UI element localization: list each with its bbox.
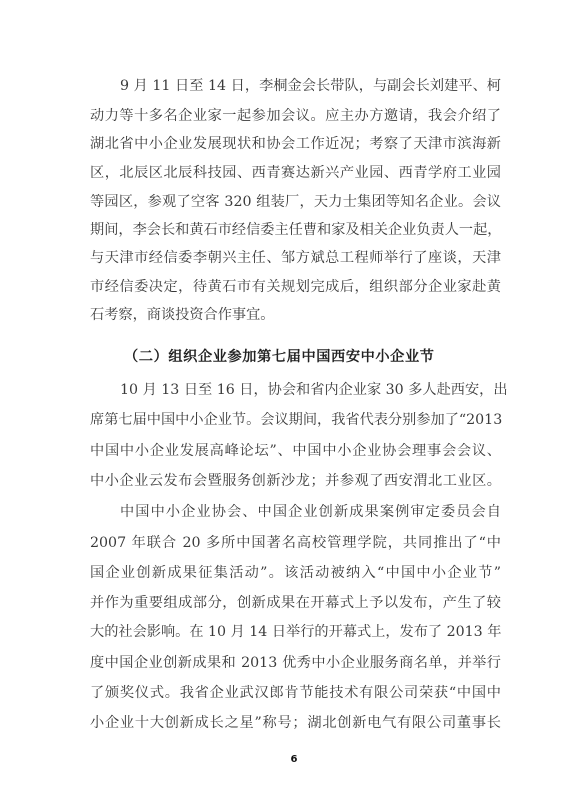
paragraph-1-line-8: 市经信委决定，待黄石市有关规划完成后，组织部分企业家赴黄 [90, 276, 501, 298]
paragraph-1-line-4: 区，北辰区北辰科技园、西青赛达新兴产业园、西青学府工业园 [90, 162, 501, 184]
paragraph-2-line-1: 10 月 13 日至 16 日，协会和省内企业家 30 多人赴西安，出 [120, 379, 501, 401]
paragraph-1-line-6: 期间，李会长和黄石市经信委主任曹和家及相关企业负责人一起， [90, 219, 501, 241]
paragraph-3-line-6: 度中国企业创新成果和 2013 优秀中小企业服务商名单，并举行 [90, 652, 501, 674]
paragraph-3-line-8: 小企业十大创新成长之星”称号；湖北创新电气有限公司董事长 [90, 712, 501, 734]
paragraph-1-line-7: 与天津市经信委李朝兴主任、邹方斌总工程师举行了座谈，天津 [90, 247, 501, 269]
section-heading: （二）组织企业参加第七届中国西安中小企业节 [124, 346, 435, 368]
paragraph-2-line-2: 席第七届中国中小企业节。会议期间，我省代表分别参加了“2013 [90, 409, 501, 431]
paragraph-2-line-3: 中国中小企业发展高峰论坛”、中国中小企业协会理事会会议、 [90, 440, 501, 462]
paragraph-3-line-4: 并作为重要组成部分，创新成果在开幕式上予以发布，产生了较 [90, 592, 501, 614]
paragraph-3-line-3: 国企业创新成果征集活动”。该活动被纳入“中国中小企业节” [90, 562, 501, 584]
document-page: 9 月 11 日至 14 日，李桐金会长带队，与副会长刘建平、柯 动力等十多名企… [0, 0, 585, 791]
paragraph-3-line-2: 2007 年联合 20 多所中国著名高校管理学院，共同推出了“中 [90, 532, 501, 554]
paragraph-3-line-5: 大的社会影响。在 10 月 14 日举行的开幕式上，发布了 2013 年 [90, 621, 501, 643]
paragraph-3-line-1: 中国中小企业协会、中国企业创新成果案例审定委员会自 [120, 501, 501, 523]
paragraph-3-line-7: 了颁奖仪式。我省企业武汉郎肯节能技术有限公司荣获“中国中 [90, 682, 501, 704]
page-number: 6 [288, 754, 300, 765]
paragraph-1-line-9: 石考察，商谈投资合作事宜。 [90, 304, 501, 326]
paragraph-1-line-1: 9 月 11 日至 14 日，李桐金会长带队，与副会长刘建平、柯 [120, 75, 501, 97]
paragraph-2-line-4: 中小企业云发布会暨服务创新沙龙；并参观了西安渭北工业区。 [90, 470, 501, 492]
paragraph-1-line-5: 等园区，参观了空客 320 组装厂，天力士集团等知名企业。会议 [90, 191, 501, 213]
paragraph-1-line-2: 动力等十多名企业家一起参加会议。应主办方邀请，我会介绍了 [90, 105, 501, 127]
paragraph-1-line-3: 湖北省中小企业发展现状和协会工作近况；考察了天津市滨海新 [90, 133, 501, 155]
